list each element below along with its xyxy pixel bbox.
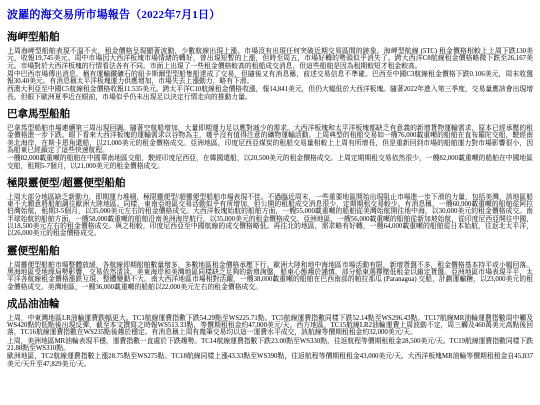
section-product-tankers: 成品油油輪 上周，中東灣地區LR油輪運費跌幅更大。TC1航線運費指數下跌54.2… xyxy=(7,296,533,368)
panamax-paragraph-2: 一艘82,000載重噸的船舶在中國華南地區交船，駛經印度尼西亞，在韓國還船，以2… xyxy=(7,155,533,170)
product-tankers-paragraph-2: 上周，美洲地區MR油輪表現平穩，運費指數一直處於下跌趨勢。TC14航線運費指數下… xyxy=(7,338,533,353)
section-ultramax-supramax: 極限靈便型/超靈便型船舶 上周大部分地區缺乏新動力，即期運力堆積，極限靈便型/超… xyxy=(7,175,533,238)
section-heading-product-tankers: 成品油油輪 xyxy=(7,296,533,311)
section-heading-panamax: 巴拿馬型船舶 xyxy=(7,106,533,121)
section-handysize: 靈便型船舶 上周靈便型船舶市場整體放緩，各航線即期船舶數量增多，多數地區租金價格… xyxy=(7,243,533,291)
market-report-document: 波羅的海交易所市場報告（2022年7月1日） 海岬型船舶 上周海岬型船舶表現不溫… xyxy=(0,0,540,405)
product-tankers-paragraph-1: 上周，中東灣地區LR油輪運費跌幅更大。TC1航線運費指數下跌54.29點至WS2… xyxy=(7,315,533,337)
panamax-paragraph-1: 巴拿馬型船舶市場連續第三周出現回調。隨著空航船增加，大量即期運力足以應對減少的需… xyxy=(7,125,533,154)
section-heading-ultramax-supramax: 極限靈便型/超靈便型船舶 xyxy=(7,175,533,190)
capesize-paragraph-3: 西澳大利亞至中國C5航線租金價格收報11.535美元。跨太平洋C10航線租金價格… xyxy=(7,86,533,101)
section-panamax: 巴拿馬型船舶 巴拿馬型船舶市場連續第三周出現回調。隨著空航船增加，大量即期運力足… xyxy=(7,106,533,170)
section-capesize: 海岬型船舶 上周海岬型船舶表現不溫不火，租金價格呈現顯著波動，少數航線出現上漲。… xyxy=(7,29,533,101)
section-heading-capesize: 海岬型船舶 xyxy=(7,29,533,44)
ultramax-supramax-paragraph-1: 上周大部分地區缺乏新動力，即期運力堆積，極限靈便型/超靈便型船舶市場表現不佳。不… xyxy=(7,194,533,238)
handysize-paragraph-1: 上周靈便型船舶市場整體放緩，各航線即期船舶數量增多，多數地區租金價格承壓下行。歐… xyxy=(7,262,533,291)
report-title: 波羅的海交易所市場報告（2022年7月1日） xyxy=(7,6,533,22)
section-heading-handysize: 靈便型船舶 xyxy=(7,243,533,258)
capesize-paragraph-1: 上周海岬型船舶表現不溫不火，租金價格呈現顯著波動，少數航線出現上漲。市場沒有出現… xyxy=(7,48,533,70)
product-tankers-paragraph-3: 歐洲地區，TC2航線運費指數上漲28.75點至WS275點。TC18航線同樣上漲… xyxy=(7,353,533,368)
capesize-paragraph-2: 周中巴西市場傳出消息，稱有運輸鐵礦石的紐卡斯爾型型船隻船達成了交易，但隨後又有消… xyxy=(7,71,533,86)
